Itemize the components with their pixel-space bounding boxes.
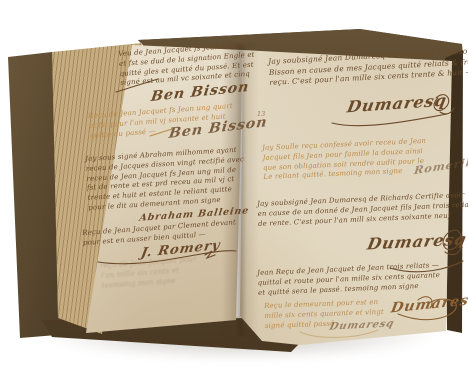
manuscript-entry: Jay sous signé Abraham milhomme ayant re… — [85, 146, 240, 214]
manuscript-entry: Jay Soulle reçu confessé avoir receu de … — [262, 136, 454, 183]
margin-mark: 13 — [257, 110, 265, 118]
photo-canvas: Veu de Jean Jacquet fs Jean ung est et f… — [0, 0, 468, 382]
